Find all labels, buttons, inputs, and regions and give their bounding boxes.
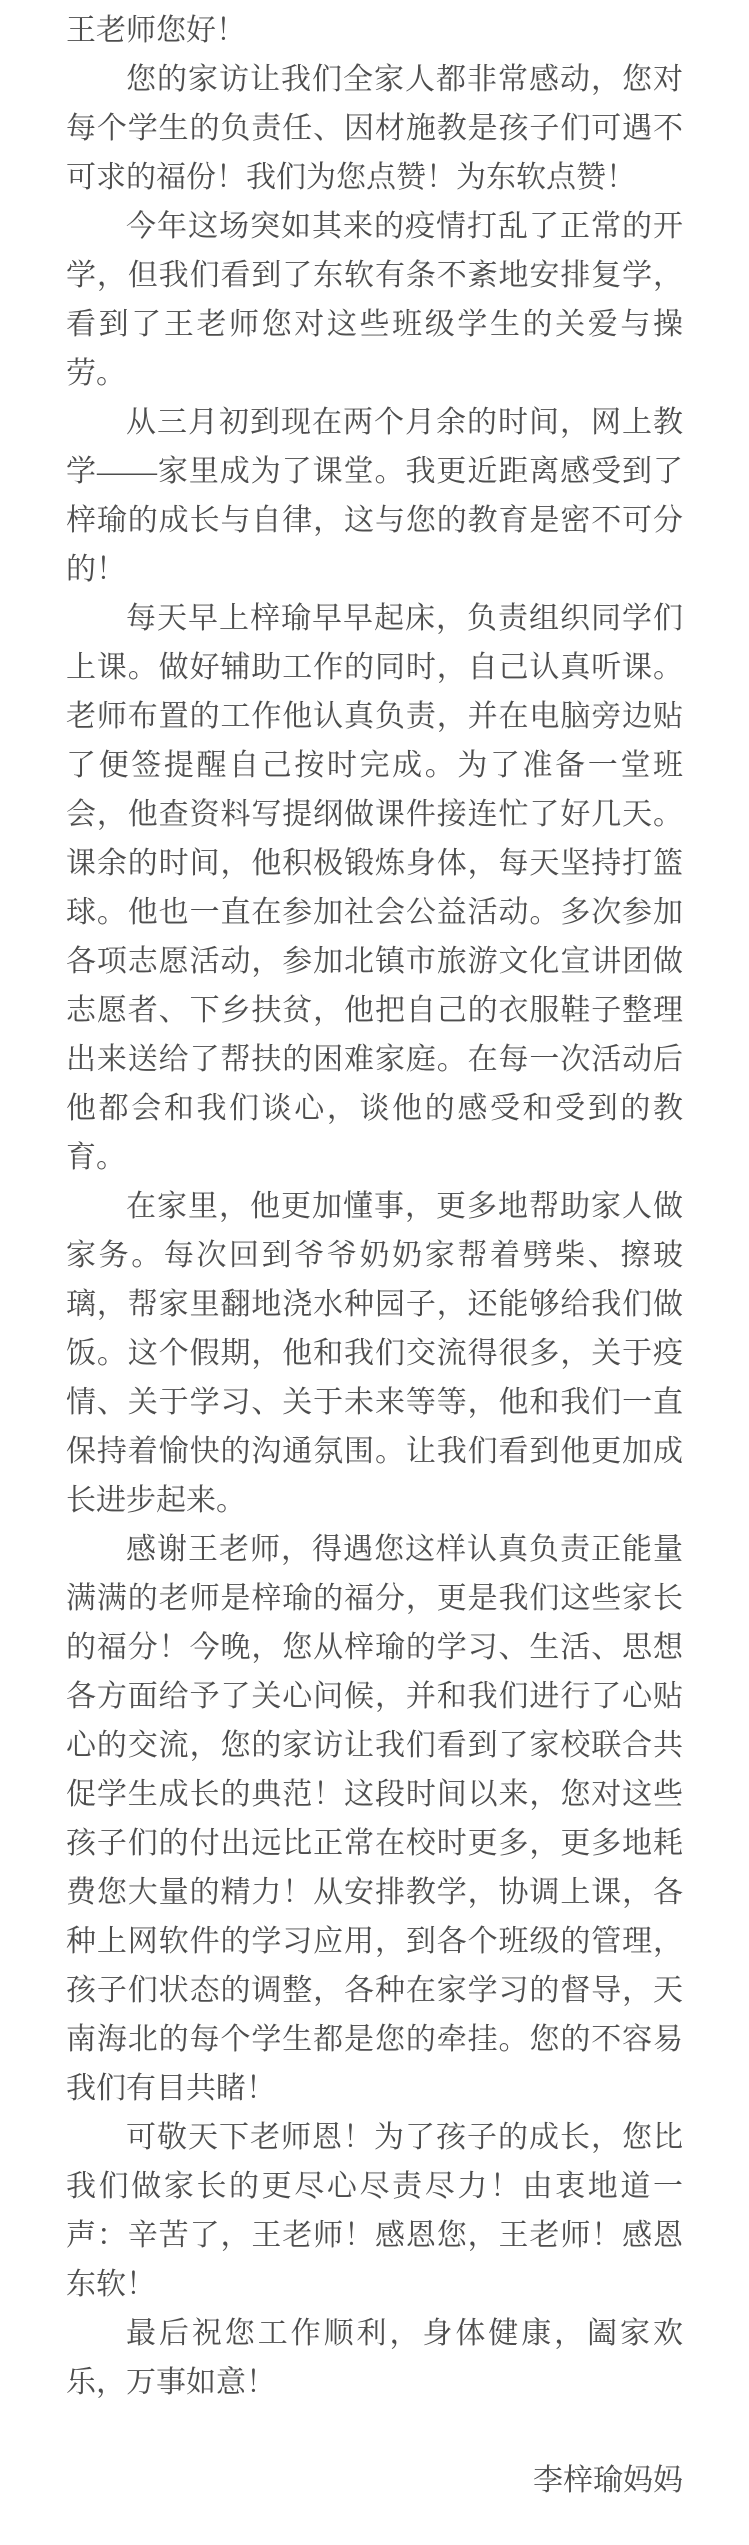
- body-paragraph: 每天早上梓瑜早早起床，负责组织同学们上课。做好辅助工作的同时，自己认真听课。老师…: [66, 594, 683, 1182]
- body-paragraph: 最后祝您工作顺利，身体健康，阖家欢乐，万事如意！: [66, 2309, 683, 2407]
- body-paragraph: 从三月初到现在两个月余的时间，网上教学——家里成为了课堂。我更近距离感受到了梓瑜…: [66, 398, 683, 594]
- body-paragraph: 今年这场突如其来的疫情打乱了正常的开学，但我们看到了东软有条不紊地安排复学，看到…: [66, 202, 683, 398]
- body-paragraph: 您的家访让我们全家人都非常感动，您对每个学生的负责任、因材施教是孩子们可遇不可求…: [66, 55, 683, 202]
- letter-document: 王老师您好！ 您的家访让我们全家人都非常感动，您对每个学生的负责任、因材施教是孩…: [0, 0, 749, 2545]
- body-paragraph: 可敬天下老师恩！为了孩子的成长，您比我们做家长的更尽心尽责尽力！由衷地道一声：辛…: [66, 2113, 683, 2309]
- salutation-line: 王老师您好！: [66, 6, 683, 55]
- body-paragraph: 在家里，他更加懂事，更多地帮助家人做家务。每次回到爷爷奶奶家帮着劈柴、擦玻璃，帮…: [66, 1182, 683, 1525]
- letter-body: 您的家访让我们全家人都非常感动，您对每个学生的负责任、因材施教是孩子们可遇不可求…: [66, 55, 683, 2407]
- body-paragraph: 感谢王老师，得遇您这样认真负责正能量满满的老师是梓瑜的福分，更是我们这些家长的福…: [66, 1525, 683, 2113]
- signature: 李梓瑜妈妈: [66, 2456, 683, 2505]
